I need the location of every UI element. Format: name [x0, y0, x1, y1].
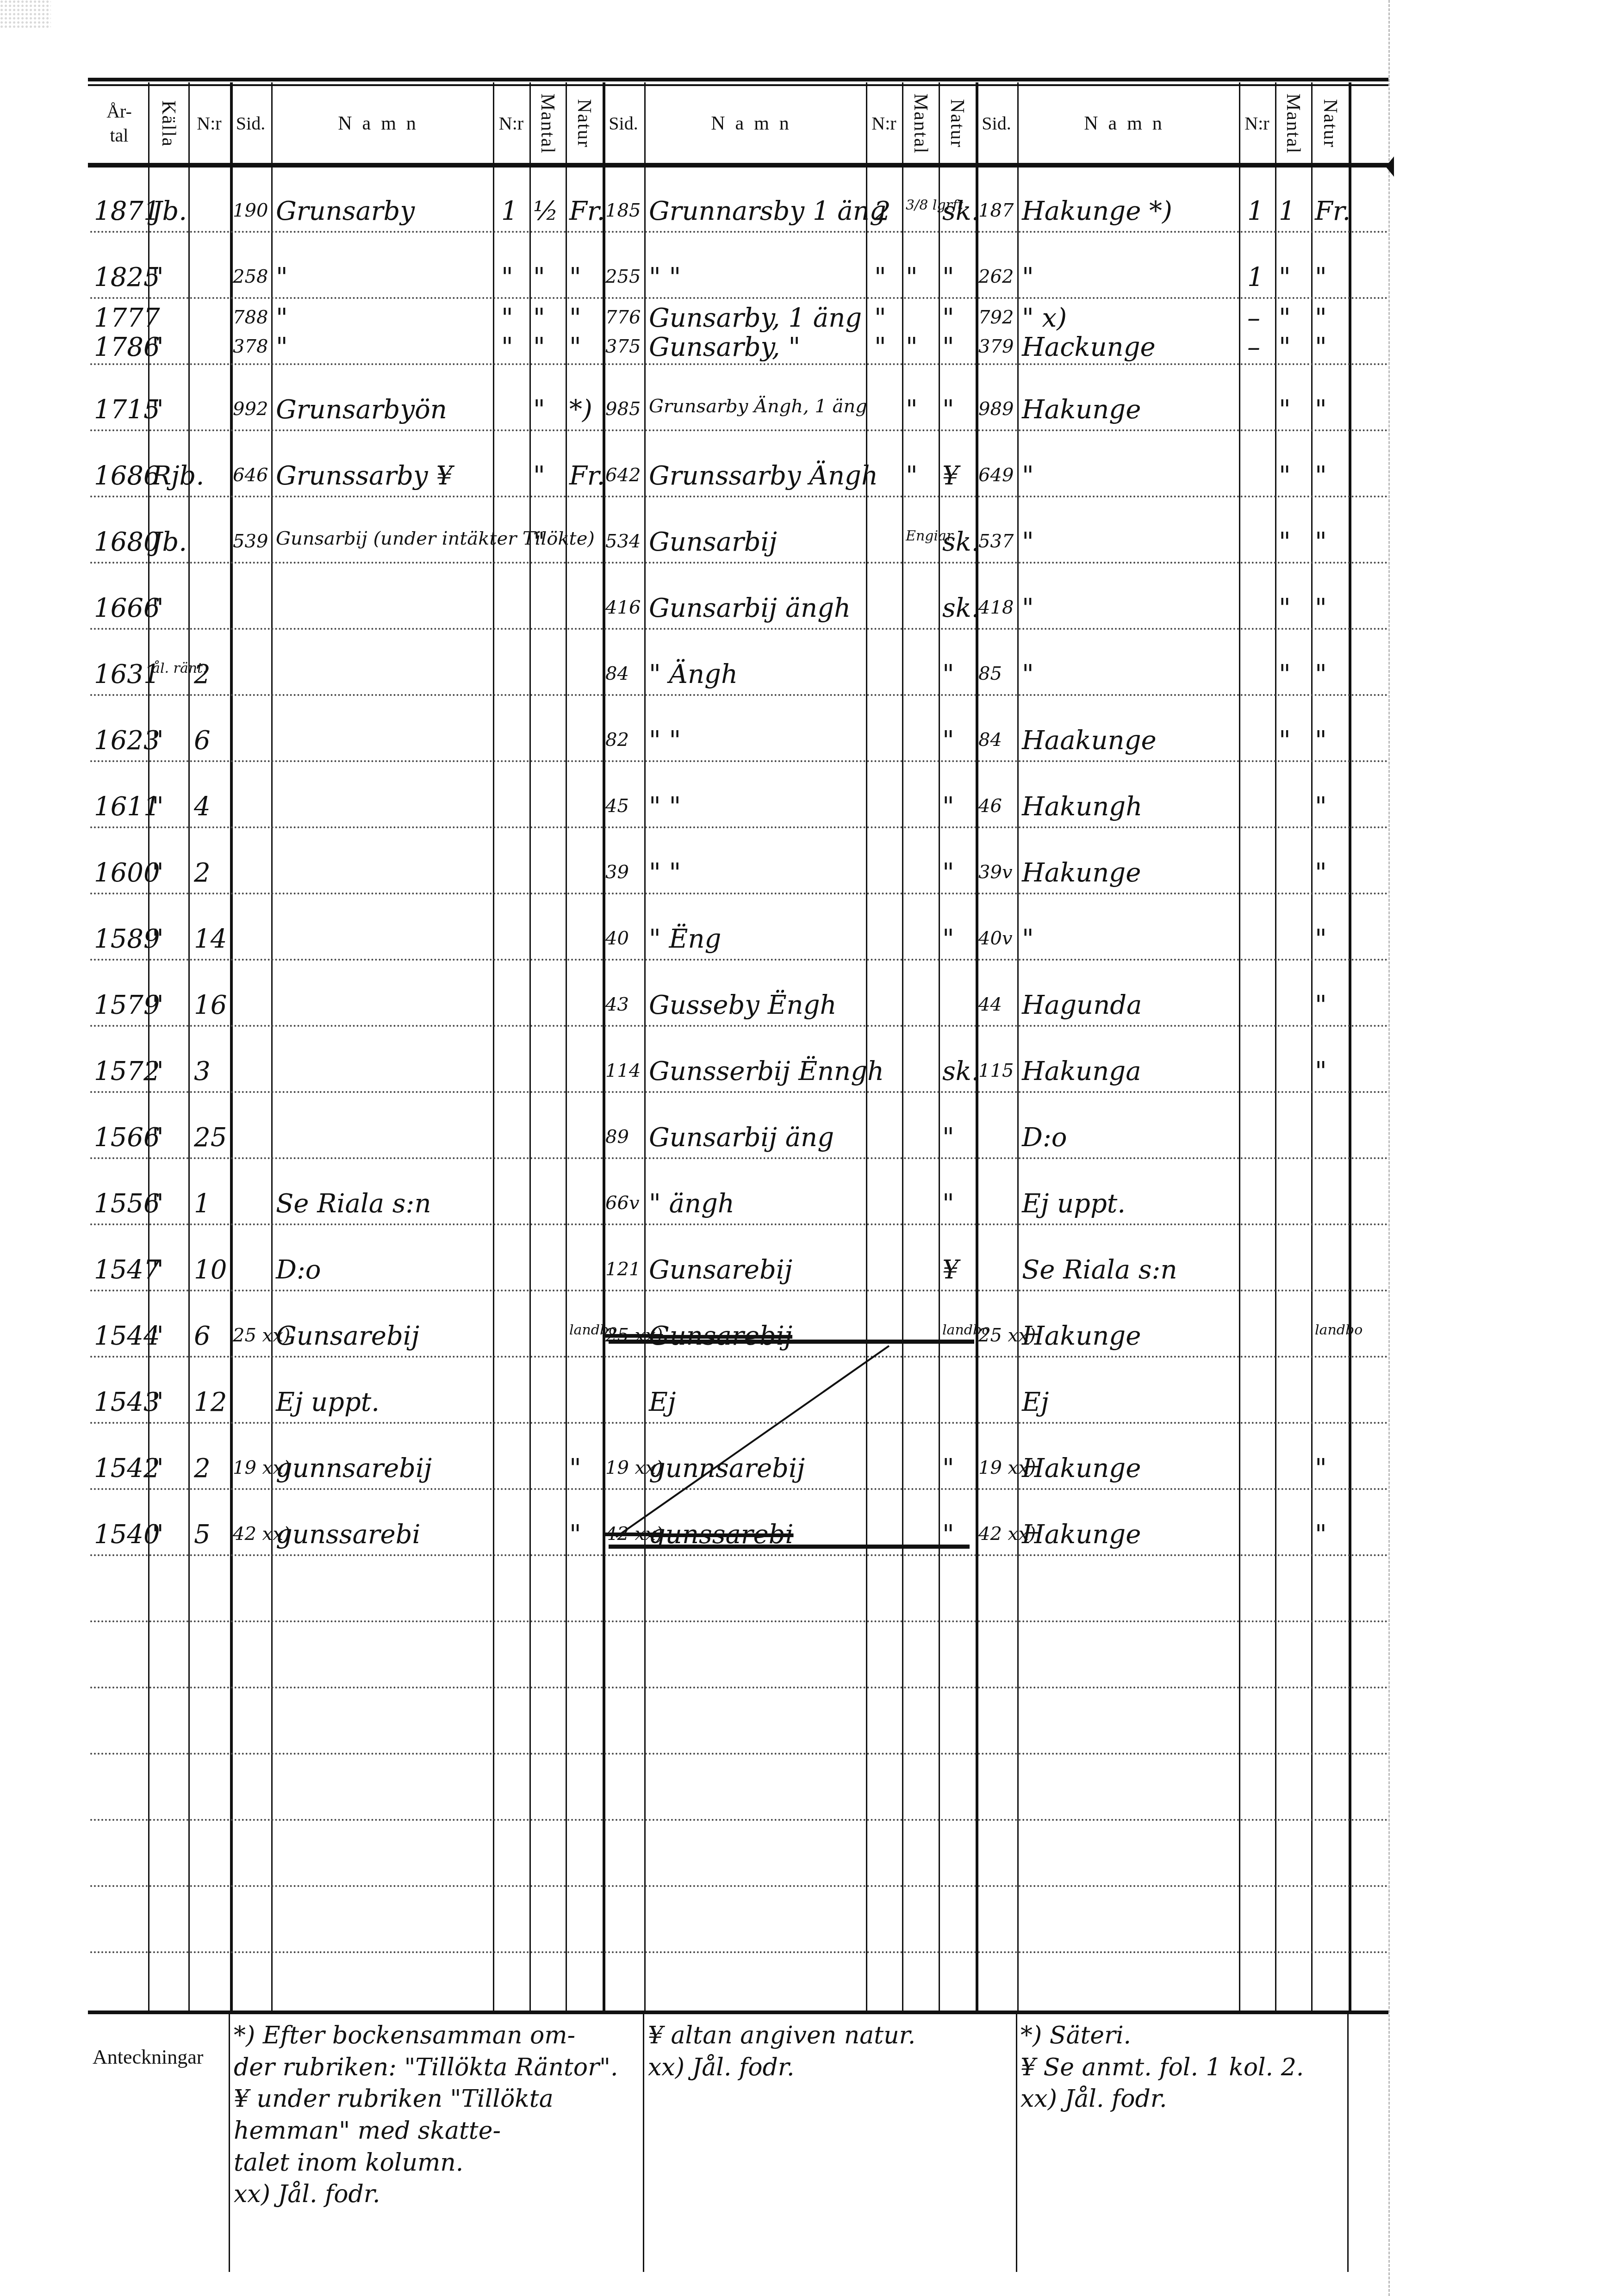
cell-natur: "	[569, 265, 581, 291]
page-right-edge	[1388, 0, 1390, 2296]
cell-mantal: "	[906, 335, 918, 360]
cell-natur: sk.	[942, 1059, 979, 1085]
cell-name: "	[1022, 529, 1034, 555]
cell-sid: 375	[605, 337, 641, 356]
cell-source: "	[152, 860, 164, 886]
cell-year: 1544	[94, 1323, 160, 1349]
cell-sid: 788	[233, 308, 268, 327]
cell-sid: 646	[233, 466, 268, 484]
column-divider	[230, 82, 233, 2012]
column-divider	[188, 82, 190, 2012]
cell-name: " Ëng	[649, 926, 721, 952]
cell-natur: "	[942, 1522, 954, 1548]
row-divider	[90, 826, 1388, 828]
cell-nr: 2	[194, 662, 211, 688]
column-divider	[1275, 82, 1276, 2012]
cell-sid: 989	[978, 400, 1014, 418]
cell-mantal: "	[533, 463, 545, 489]
cell-natur: "	[942, 728, 954, 754]
cell-nr: 1	[194, 1191, 211, 1217]
cell-nr: 6	[194, 728, 211, 754]
cell-natur: sk.	[942, 596, 979, 621]
cell-mantal: "	[533, 305, 545, 331]
cell-year: 1631	[94, 662, 160, 688]
cell-name: " "	[649, 860, 681, 886]
cell-name: Gunsarby, "	[649, 335, 800, 360]
top-rule-thick	[88, 78, 1388, 81]
cell-natur: "	[1315, 860, 1327, 886]
cell-year: 1680	[94, 529, 160, 555]
row-divider	[90, 1223, 1388, 1225]
cell-sid: 378	[233, 337, 268, 356]
cell-natur: "	[569, 1456, 581, 1482]
cell-natur: "	[942, 305, 954, 331]
column-divider	[866, 82, 867, 2012]
cell-year: 1623	[94, 728, 160, 754]
cell-source: "	[152, 1059, 164, 1085]
cell-sid: 39v	[978, 863, 1013, 881]
cell-name: Gusseby Ëngh	[649, 993, 837, 1018]
cell-name: Gunsserbij Ënngh	[649, 1059, 884, 1085]
cell-year: 1540	[94, 1522, 160, 1548]
cell-natur: "	[942, 794, 954, 820]
cell-mantal: "	[1279, 265, 1291, 291]
cell-natur: "	[1315, 397, 1327, 423]
cell-nr: 4	[194, 794, 211, 820]
cell-year: 1715	[94, 397, 160, 423]
row-divider	[90, 429, 1388, 431]
header-natur: Natur	[566, 82, 603, 165]
note-column-1: *) Efter bockensamman om- der rubriken: …	[234, 2020, 641, 2210]
note-column-2: ¥ altan angiven natur. xx) Jål. fodr.	[648, 2020, 1014, 2083]
notes-divider	[1016, 2013, 1017, 2272]
cell-year: 1777	[94, 305, 160, 331]
cell-natur: "	[942, 1456, 954, 1482]
column-divider	[976, 82, 978, 2012]
cell-sid: 40v	[978, 929, 1013, 948]
cell-nr: 16	[194, 993, 227, 1018]
cell-sid: 45	[605, 797, 629, 815]
column-divider	[148, 82, 149, 2012]
cell-source: "	[152, 993, 164, 1018]
cell-nr: 2	[194, 860, 211, 886]
cell-name: Grunsarby	[276, 199, 415, 224]
cell-name: gunssarebi	[276, 1522, 421, 1548]
cell-sid: 39	[605, 863, 629, 881]
cell-name: Hakunga	[1022, 1059, 1141, 1085]
cell-natur: "	[1315, 1456, 1327, 1482]
cell-nr: –	[1247, 335, 1260, 360]
cell-name: Grunssarby ¥	[276, 463, 453, 489]
header-sid: Sid.	[230, 82, 271, 165]
cell-natur: sk.	[942, 529, 979, 555]
row-divider	[90, 628, 1388, 630]
cell-nr: 2	[194, 1456, 211, 1482]
cell-year: 1542	[94, 1456, 160, 1482]
cell-sid: 418	[978, 598, 1014, 617]
cell-source: "	[152, 335, 164, 360]
row-divider	[90, 1620, 1388, 1622]
header-artal: År- tal	[90, 82, 148, 165]
cell-name: Hagunda	[1022, 993, 1142, 1018]
cell-nr: 3	[194, 1059, 211, 1085]
cell-natur: "	[1315, 993, 1327, 1018]
cell-source: "	[152, 1323, 164, 1349]
note-column-3: *) Säteri. ¥ Se anmt. fol. 1 kol. 2. xx)…	[1020, 2020, 1344, 2115]
row-divider	[90, 1157, 1388, 1159]
cell-source: "	[152, 926, 164, 952]
cell-name: "	[276, 305, 288, 331]
cell-year: 1547	[94, 1257, 160, 1283]
cell-natur: landbo	[1315, 1323, 1363, 1337]
cancel-line	[609, 1545, 970, 1549]
cell-source: "	[152, 1390, 164, 1415]
cell-nr: 1	[501, 199, 518, 224]
cell-name: "	[1022, 662, 1034, 688]
cell-name: "	[1022, 596, 1034, 621]
cell-mantal: "	[1279, 397, 1291, 423]
row-divider	[90, 1554, 1388, 1556]
cell-name: "	[276, 265, 288, 291]
cell-natur: "	[1315, 1522, 1327, 1548]
cell-nr: 6	[194, 1323, 211, 1349]
cell-year: 1666	[94, 596, 160, 621]
cell-name: Hakungh	[1022, 794, 1142, 820]
cell-mantal: "	[1279, 335, 1291, 360]
cell-name: Hakunge	[1022, 1323, 1141, 1349]
cell-sid: 642	[605, 466, 641, 484]
cell-name: Gunsarebij	[649, 1323, 792, 1349]
cell-name: Hakunge	[1022, 397, 1141, 423]
cell-source: "	[152, 596, 164, 621]
cell-natur: "	[942, 926, 954, 952]
cell-source: Rjb.	[152, 463, 204, 489]
row-divider	[90, 1687, 1388, 1688]
cell-natur: "	[1315, 794, 1327, 820]
cell-nr: "	[874, 265, 886, 291]
cell-mantal: "	[1279, 463, 1291, 489]
cell-name: Hakunge	[1022, 1456, 1141, 1482]
cell-name: " ängh	[649, 1191, 734, 1217]
cell-name: Ej uppt.	[276, 1390, 380, 1415]
cell-sid: 84	[605, 664, 629, 683]
row-divider	[90, 562, 1388, 564]
cell-sid: 539	[233, 532, 268, 551]
header-namn: Namn	[1017, 82, 1239, 165]
notes-top-rule	[88, 2011, 1388, 2014]
row-divider	[90, 694, 1388, 696]
cell-nr: –	[1247, 305, 1260, 331]
cell-source: "	[152, 1257, 164, 1283]
cell-natur: "	[942, 1191, 954, 1217]
header-namn: Namn	[271, 82, 493, 165]
cell-sid: 537	[978, 532, 1014, 551]
cell-sid: 185	[605, 201, 641, 220]
cell-name: Hakunge	[1022, 860, 1141, 886]
cell-mantal: "	[1279, 305, 1291, 331]
cell-source: "	[152, 1456, 164, 1482]
cell-year: 1825	[94, 265, 160, 291]
cell-year: 1686	[94, 463, 160, 489]
cell-sid: 416	[605, 598, 641, 617]
cell-natur: "	[1315, 1059, 1327, 1085]
notes-divider	[229, 2013, 230, 2272]
cell-name: "	[1022, 463, 1034, 489]
cell-natur: "	[942, 335, 954, 360]
scan-speckle	[0, 0, 51, 28]
cell-name: gunssarebi	[649, 1522, 794, 1548]
column-divider	[1311, 82, 1313, 2012]
cell-year: 1566	[94, 1125, 160, 1151]
cell-natur: "	[1315, 596, 1327, 621]
cell-name: Grunsarby Ängh, 1 äng	[649, 397, 867, 416]
notes-label: Anteckningar	[93, 2045, 203, 2069]
row-divider	[90, 231, 1388, 233]
cell-name: Se Riala s:n	[1022, 1257, 1177, 1283]
cell-name: Gunsarbij (under intäkter Tilökte)	[276, 529, 595, 548]
cell-name: Gunsarby, 1 äng	[649, 305, 862, 331]
cell-natur: "	[942, 860, 954, 886]
cell-sid: 985	[605, 400, 641, 418]
cell-name: Grunsarbyön	[276, 397, 447, 423]
cell-sid: 89	[605, 1128, 629, 1146]
row-divider	[90, 1753, 1388, 1755]
cell-nr: "	[501, 305, 513, 331]
cell-name: Gunsarebij	[276, 1323, 419, 1349]
column-divider	[271, 82, 273, 2012]
cell-name: Gunsarbij äng	[649, 1125, 834, 1151]
column-divider	[603, 82, 605, 2012]
cell-year: 1543	[94, 1390, 160, 1415]
cell-mantal: "	[533, 529, 545, 555]
cell-name: "	[1022, 265, 1034, 291]
cell-nr: 25	[194, 1125, 227, 1151]
cell-natur: "	[1315, 926, 1327, 952]
cell-mantal: "	[533, 265, 545, 291]
cell-sid: 776	[605, 308, 641, 327]
row-divider	[90, 1025, 1388, 1027]
cell-natur: "	[569, 1522, 581, 1548]
column-divider	[902, 82, 903, 2012]
header-mantal: Mantal	[529, 82, 566, 165]
cell-mantal: "	[906, 265, 918, 291]
column-divider	[566, 82, 567, 2012]
cell-year: 1871	[94, 199, 160, 224]
cell-natur: Fr.	[569, 463, 605, 489]
cell-sid: 255	[605, 267, 641, 286]
cell-name: Hakunge *)	[1022, 199, 1172, 224]
row-divider	[90, 1356, 1388, 1358]
cell-sid: 534	[605, 532, 641, 551]
header-nr: N:r	[866, 82, 902, 165]
cell-natur: "	[942, 662, 954, 688]
cell-name: D:o	[1022, 1125, 1067, 1151]
cell-natur: "	[1315, 662, 1327, 688]
row-divider	[90, 1091, 1388, 1093]
cell-nr: "	[501, 335, 513, 360]
header-mantal: Mantal	[1275, 82, 1311, 165]
cell-sid: 114	[605, 1061, 641, 1080]
cell-source: "	[152, 397, 164, 423]
cell-nr: 14	[194, 926, 227, 952]
cell-sid: 187	[978, 201, 1014, 220]
cell-mantal: "	[533, 397, 545, 423]
cell-name: "	[276, 335, 288, 360]
cell-year: 1579	[94, 993, 160, 1018]
cell-sid: 46	[978, 797, 1002, 815]
cell-mantal: "	[1279, 529, 1291, 555]
notes-divider	[1347, 2013, 1349, 2272]
cell-nr: 12	[194, 1390, 227, 1415]
cell-sid: 115	[978, 1061, 1014, 1080]
cell-source: Jb.	[152, 199, 187, 224]
cell-name: Se Riala s:n	[276, 1191, 431, 1217]
cell-sid: 121	[605, 1260, 641, 1278]
cell-year: 1589	[94, 926, 160, 952]
cell-natur: "	[1315, 463, 1327, 489]
cell-name: Gunsarbij	[649, 529, 777, 555]
row-divider	[90, 1422, 1388, 1424]
cell-mantal: 1	[1279, 199, 1295, 224]
row-divider	[90, 1488, 1388, 1490]
cell-natur: "	[1315, 265, 1327, 291]
cell-mantal: ½	[533, 199, 558, 224]
cell-source: "	[152, 265, 164, 291]
cell-sid: 190	[233, 201, 268, 220]
cell-name: Grunnarsby 1 äng	[649, 199, 886, 224]
cell-name: Gunsarbij ängh	[649, 596, 851, 621]
cell-nr: 1	[1247, 199, 1264, 224]
cell-source: "	[152, 1125, 164, 1151]
cell-mantal: "	[906, 463, 918, 489]
row-divider	[90, 760, 1388, 762]
cell-year: 1611	[94, 794, 160, 820]
header-nr: N:r	[1239, 82, 1275, 165]
cell-natur: "	[942, 397, 954, 423]
row-divider	[90, 1951, 1388, 1953]
cell-sid: 84	[978, 731, 1002, 749]
header-nr: N:r	[493, 82, 529, 165]
diagonal-line	[616, 1345, 890, 1538]
cell-sid: 792	[978, 308, 1014, 327]
row-divider	[90, 1290, 1388, 1291]
cell-name: " x)	[1022, 305, 1067, 331]
cell-natur: sk.	[942, 199, 979, 224]
header-namn: Namn	[644, 82, 866, 165]
cell-natur: "	[569, 335, 581, 360]
cell-natur: ¥	[942, 463, 959, 489]
cell-year: 1786	[94, 335, 160, 360]
cancel-line	[609, 1340, 974, 1344]
cell-name: "	[1022, 926, 1034, 952]
cell-natur: "	[1315, 335, 1327, 360]
cell-source: "	[152, 728, 164, 754]
cell-mantal: "	[1279, 662, 1291, 688]
header-sid: Sid.	[603, 82, 644, 165]
header-mantal: Mantal	[902, 82, 939, 165]
cell-nr: "	[874, 305, 886, 331]
cell-name: " Ängh	[649, 662, 738, 688]
cell-natur: "	[569, 305, 581, 331]
cell-sid: 262	[978, 267, 1014, 286]
cell-year: 1600	[94, 860, 160, 886]
cell-nr: 5	[194, 1522, 211, 1548]
cell-sid: 66v	[605, 1194, 640, 1212]
column-divider	[644, 82, 646, 2012]
cell-natur: Fr.	[569, 199, 605, 224]
cell-name: Gunsarebij	[649, 1257, 792, 1283]
cell-source: "	[152, 1191, 164, 1217]
cell-natur: "	[1315, 529, 1327, 555]
cell-name: Ej uppt.	[1022, 1191, 1126, 1217]
row-divider	[90, 297, 1388, 299]
header-natur: Natur	[1311, 82, 1349, 165]
cell-mantal: "	[533, 335, 545, 360]
cell-name: gunnsarebij	[276, 1456, 432, 1482]
row-divider	[90, 363, 1388, 365]
cell-name: Hackunge	[1022, 335, 1156, 360]
cell-year: 1556	[94, 1191, 160, 1217]
cell-source: "	[152, 794, 164, 820]
cell-nr: 1	[1247, 265, 1264, 291]
row-marker-icon	[1386, 156, 1394, 177]
cell-nr: "	[501, 265, 513, 291]
cell-natur: "	[942, 1125, 954, 1151]
cell-sid: 44	[978, 995, 1002, 1014]
row-divider	[90, 1885, 1388, 1887]
cell-sid: 82	[605, 731, 629, 749]
column-divider	[1349, 82, 1351, 2012]
cell-name: Haakunge	[1022, 728, 1157, 754]
cell-mantal: "	[906, 397, 918, 423]
cell-sid: 258	[233, 267, 268, 286]
cell-name: " "	[649, 794, 681, 820]
cell-nr: 2	[874, 199, 891, 224]
notes-divider	[643, 2013, 644, 2272]
cell-sid: 40	[605, 929, 629, 948]
cell-natur: *)	[569, 397, 592, 423]
cell-natur: "	[942, 265, 954, 291]
column-divider	[529, 82, 531, 2012]
cell-sid: 43	[605, 995, 629, 1014]
cell-sid: 85	[978, 664, 1002, 683]
cell-natur: "	[1315, 728, 1327, 754]
cell-nr: 10	[194, 1257, 227, 1283]
header-natur: Natur	[939, 82, 976, 165]
header-kalla: Källa	[148, 82, 188, 165]
cell-natur: Fr.	[1315, 199, 1350, 224]
column-divider	[1239, 82, 1240, 2012]
column-divider	[493, 82, 494, 2012]
cell-mantal: "	[1279, 596, 1291, 621]
column-divider	[1017, 82, 1019, 2012]
cell-natur: "	[1315, 305, 1327, 331]
cell-nr: "	[874, 335, 886, 360]
cell-name: Hakunge	[1022, 1522, 1141, 1548]
cell-source: "	[152, 1522, 164, 1548]
row-divider	[90, 893, 1388, 894]
header-sid: Sid.	[976, 82, 1017, 165]
cell-name: Grunssarby Ängh	[649, 463, 878, 489]
row-divider	[90, 1819, 1388, 1821]
cell-sid: 992	[233, 400, 268, 418]
header-nr: N:r	[188, 82, 230, 165]
cell-sid: 649	[978, 466, 1014, 484]
row-divider	[90, 959, 1388, 961]
cell-name: " "	[649, 265, 681, 291]
cell-name: D:o	[276, 1257, 321, 1283]
cell-natur: ¥	[942, 1257, 959, 1283]
